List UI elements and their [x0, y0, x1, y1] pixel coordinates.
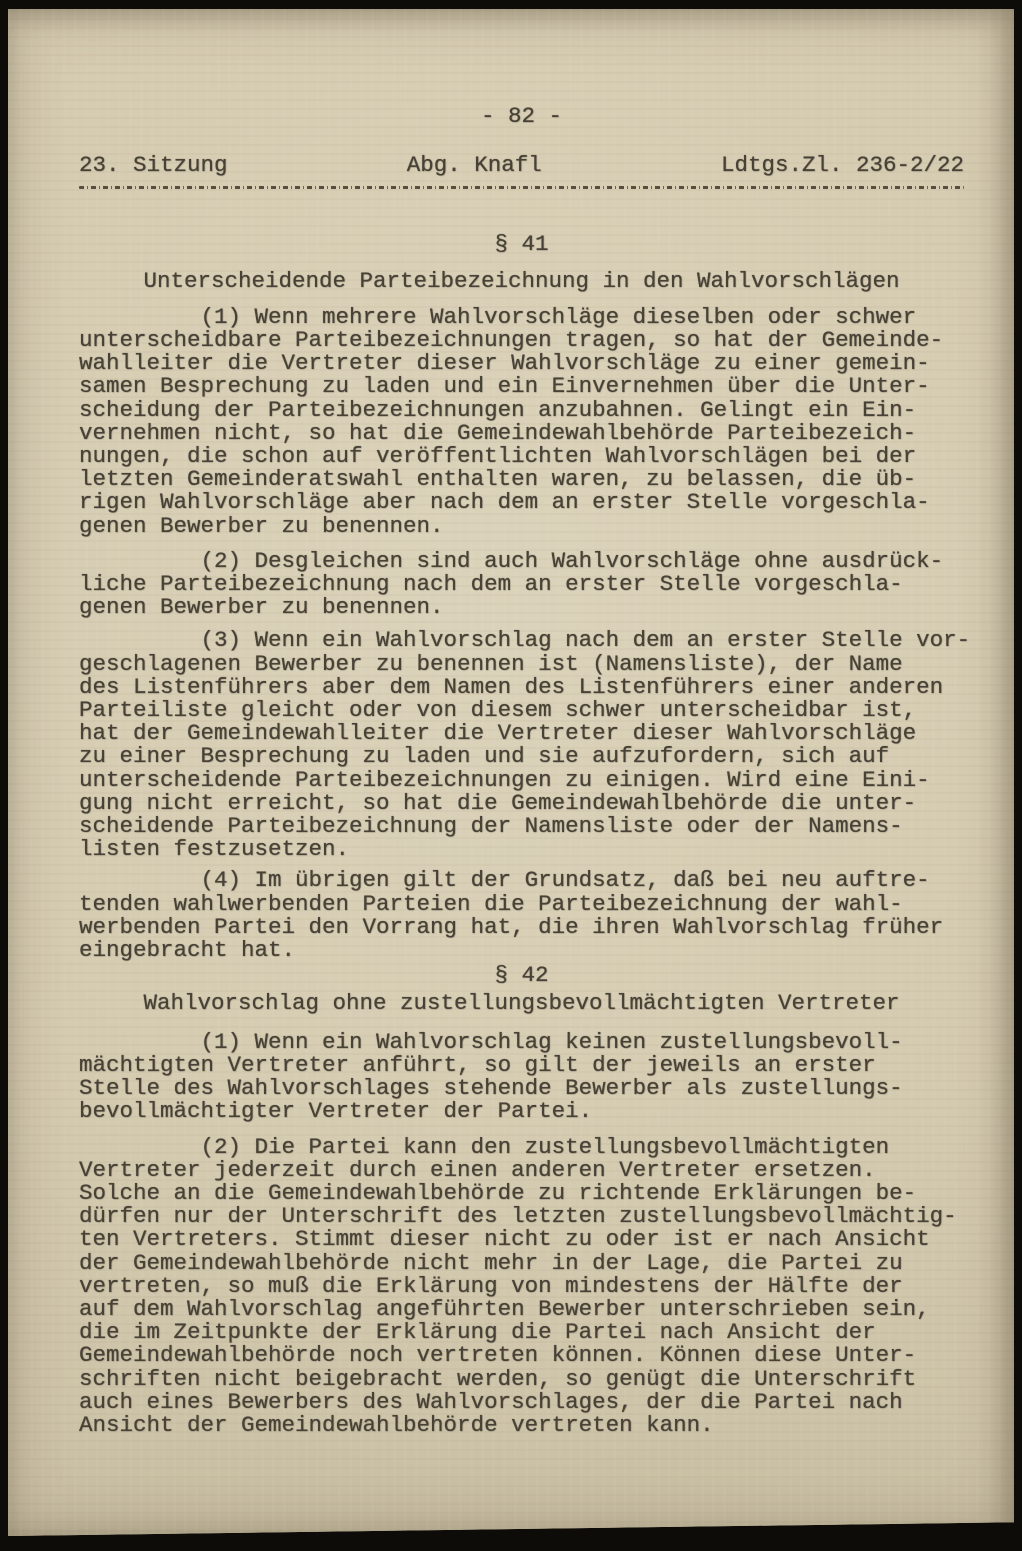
section-41-paragraph-1: (1) Wenn mehrere Wahlvorschläge dieselbe… — [79, 306, 964, 538]
section-42-paragraph-1: (1) Wenn ein Wahlvorschlag keinen zustel… — [79, 1031, 964, 1124]
section-paragraph-42: § 42 Wahlvorschlag ohne zustellungsbevol… — [79, 964, 964, 1437]
document-page: - 82 - 23. Sitzung Abg. Knafl Ldtgs.Zl. … — [8, 9, 1014, 1536]
section-41-title: Unterscheidende Parteibezeichnung in den… — [79, 270, 964, 293]
page-number: - 82 - — [79, 105, 964, 128]
header-reference-number: Ldtgs.Zl. 236-2/22 — [721, 154, 964, 177]
section-42-paragraph-2: (2) Die Partei kann den zustellungsbevol… — [79, 1136, 964, 1438]
page-content: - 82 - 23. Sitzung Abg. Knafl Ldtgs.Zl. … — [8, 9, 1014, 1437]
header-session-label: 23. Sitzung — [79, 154, 228, 177]
section-41-paragraph-2: (2) Desgleichen sind auch Wahlvorschläge… — [79, 550, 964, 620]
section-paragraph-41: § 41 Unterscheidende Parteibezeichnung i… — [79, 233, 964, 962]
section-41-number: § 41 — [79, 233, 964, 256]
section-42-title: Wahlvorschlag ohne zustellungsbevollmäch… — [79, 992, 964, 1015]
section-42-number: § 42 — [79, 964, 964, 987]
page-header: 23. Sitzung Abg. Knafl Ldtgs.Zl. 236-2/2… — [79, 154, 964, 177]
header-speaker-label: Abg. Knafl — [407, 154, 542, 177]
section-41-paragraph-4: (4) Im übrigen gilt der Grundsatz, daß b… — [79, 869, 964, 962]
scanned-page-background: { "page": { "page_number": "- 82 -", "he… — [0, 0, 1022, 1551]
section-41-paragraph-3: (3) Wenn ein Wahlvorschlag nach dem an e… — [79, 629, 964, 861]
header-divider-dashed-line — [79, 186, 964, 189]
